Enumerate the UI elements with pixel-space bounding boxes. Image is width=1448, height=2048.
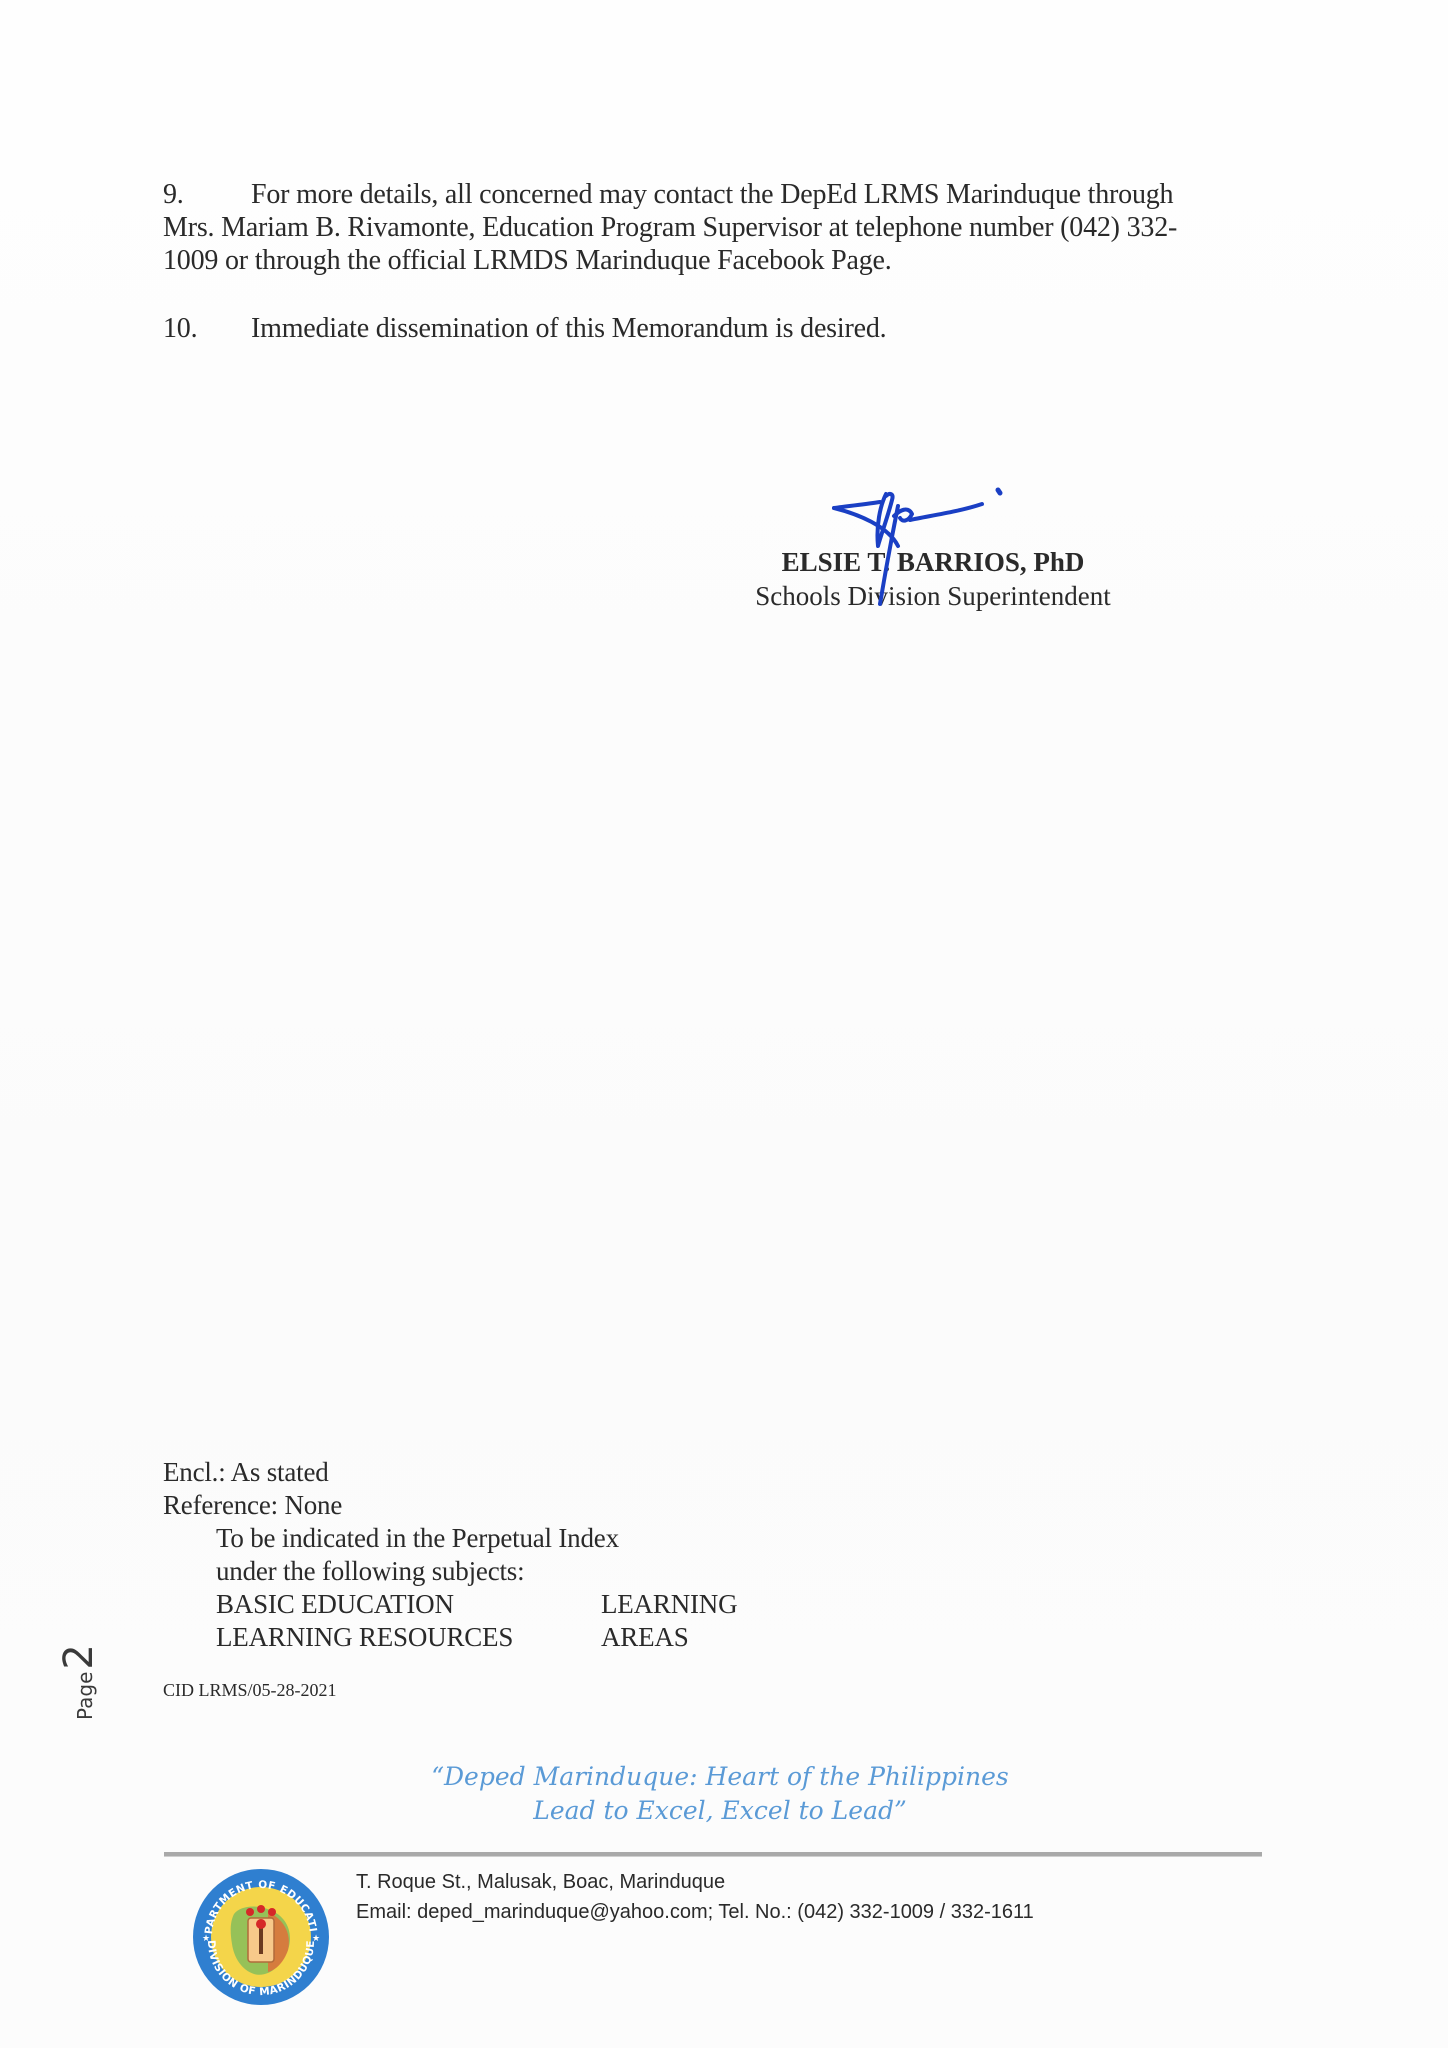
document-page: 9.For more details, all concerned may co… bbox=[0, 0, 1448, 2048]
subject-list: BASIC EDUCATION LEARNING AREAS LEARNING … bbox=[163, 1588, 619, 1654]
subject-item: BASIC EDUCATION bbox=[216, 1588, 454, 1621]
deped-division-seal-icon: DEPARTMENT OF EDUCATION DIVISION OF MARI… bbox=[190, 1866, 332, 2008]
motto-line-1: “Deped Marinduque: Heart of the Philippi… bbox=[390, 1760, 1050, 1794]
signatory-name: ELSIE T. BARRIOS, PhD bbox=[738, 546, 1128, 578]
division-motto: “Deped Marinduque: Heart of the Philippi… bbox=[390, 1760, 1050, 1828]
paragraph-9-line-3: 1009 or through the official LRMDS Marin… bbox=[163, 244, 1233, 277]
subject-item: LEARNING AREAS bbox=[601, 1588, 737, 1654]
reference-note: Reference: None bbox=[163, 1489, 619, 1522]
page-number-label: Page2 bbox=[56, 1644, 102, 1720]
page-word: Page bbox=[73, 1672, 97, 1720]
control-code: CID LRMS/05-28-2021 bbox=[163, 1680, 337, 1701]
perpetual-index-line-1: To be indicated in the Perpetual Index bbox=[163, 1522, 619, 1555]
subject-item: LEARNING RESOURCES bbox=[216, 1621, 513, 1654]
enclosure-note: Encl.: As stated bbox=[163, 1456, 619, 1489]
svg-text:★: ★ bbox=[312, 1934, 320, 1944]
paragraph-9: 9.For more details, all concerned may co… bbox=[163, 178, 1233, 277]
paragraph-9-line-1: 9.For more details, all concerned may co… bbox=[163, 178, 1233, 211]
paragraph-number: 10. bbox=[163, 312, 251, 345]
perpetual-index-line-2: under the following subjects: bbox=[163, 1555, 619, 1588]
svg-text:★: ★ bbox=[202, 1934, 210, 1944]
signatory-title: Schools Division Superintendent bbox=[738, 580, 1128, 612]
motto-line-2: Lead to Excel, Excel to Lead” bbox=[390, 1794, 1050, 1828]
paragraph-10: 10.Immediate dissemination of this Memor… bbox=[163, 312, 1233, 345]
office-address: T. Roque St., Malusak, Boac, Marinduque bbox=[356, 1867, 1034, 1897]
page-number: 2 bbox=[56, 1644, 102, 1669]
paragraph-number: 9. bbox=[163, 178, 251, 211]
paragraph-text: For more details, all concerned may cont… bbox=[251, 179, 1173, 210]
paragraph-text: Immediate dissemination of this Memorand… bbox=[251, 313, 886, 344]
office-address-block: T. Roque St., Malusak, Boac, Marinduque … bbox=[356, 1867, 1034, 1927]
office-contact: Email: deped_marinduque@yahoo.com; Tel. … bbox=[356, 1897, 1034, 1927]
footer-divider bbox=[164, 1852, 1262, 1857]
paragraph-9-line-2: Mrs. Mariam B. Rivamonte, Education Prog… bbox=[163, 211, 1233, 244]
memo-notes: Encl.: As stated Reference: None To be i… bbox=[163, 1456, 619, 1654]
